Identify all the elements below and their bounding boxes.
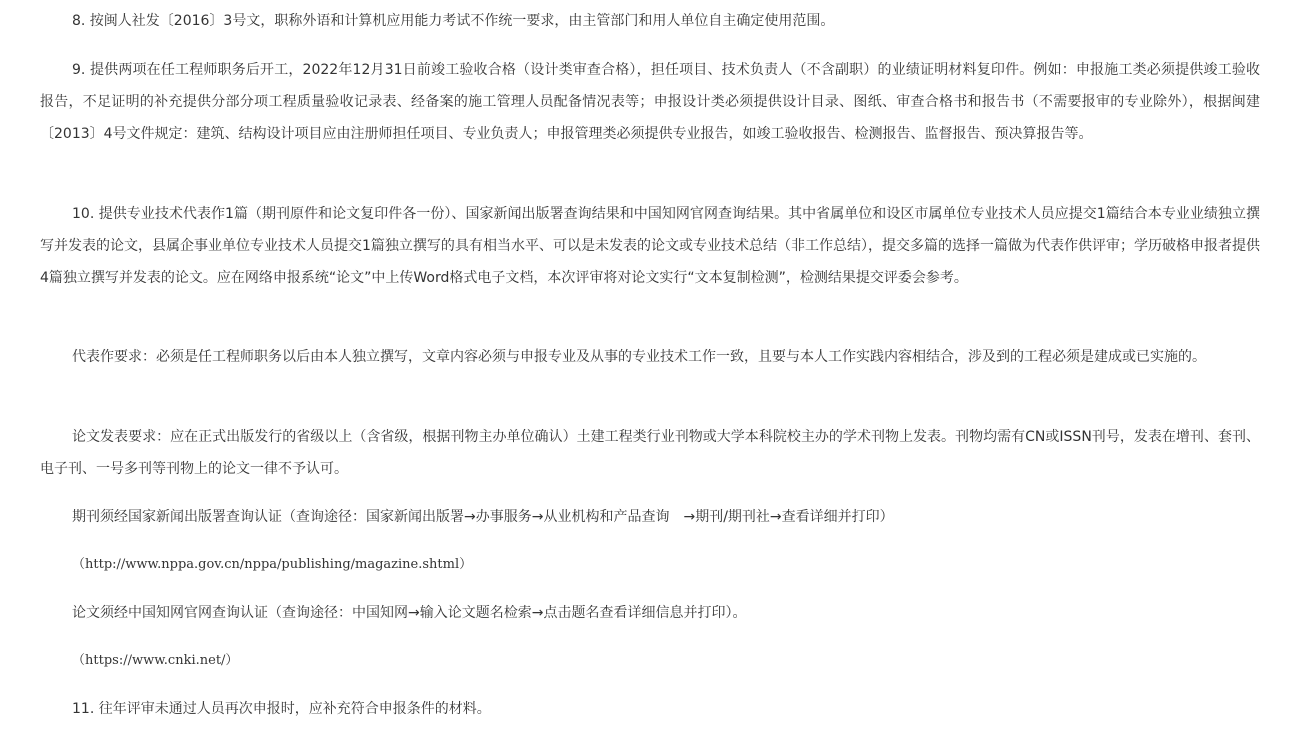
paragraph-item-9: 9. 提供两项在任工程师职务后开工，2022年12月31日前竣工验收合格（设计类…: [40, 54, 1260, 150]
paragraph-journal-verification: 期刊须经国家新闻出版署查询认证（查询途径：国家新闻出版署→办事服务→从业机构和产…: [40, 501, 1260, 533]
paragraph-representative-work-requirements: 代表作要求：必须是任工程师职务以后由本人独立撰写，文章内容必须与申报专业及从事的…: [40, 341, 1260, 373]
paragraph-item-8: 8. 按闽人社发〔2016〕3号文，职称外语和计算机应用能力考试不作统一要求，由…: [40, 5, 1260, 37]
cnki-url[interactable]: （https://www.cnki.net/）: [40, 645, 1260, 677]
paragraph-publication-requirements: 论文发表要求：应在正式出版发行的省级以上（含省级，根据刊物主办单位确认）土建工程…: [40, 421, 1260, 485]
paragraph-item-10: 10. 提供专业技术代表作1篇（期刊原件和论文复印件各一份）、国家新闻出版署查询…: [40, 198, 1260, 294]
journal-query-url[interactable]: （http://www.nppa.gov.cn/nppa/publishing/…: [40, 549, 1260, 581]
paragraph-cnki-verification: 论文须经中国知网官网查询认证（查询途径：中国知网→输入论文题名检索→点击题名查看…: [40, 597, 1260, 629]
paragraph-item-11: 11. 往年评审未通过人员再次申报时，应补充符合申报条件的材料。: [40, 693, 1260, 725]
